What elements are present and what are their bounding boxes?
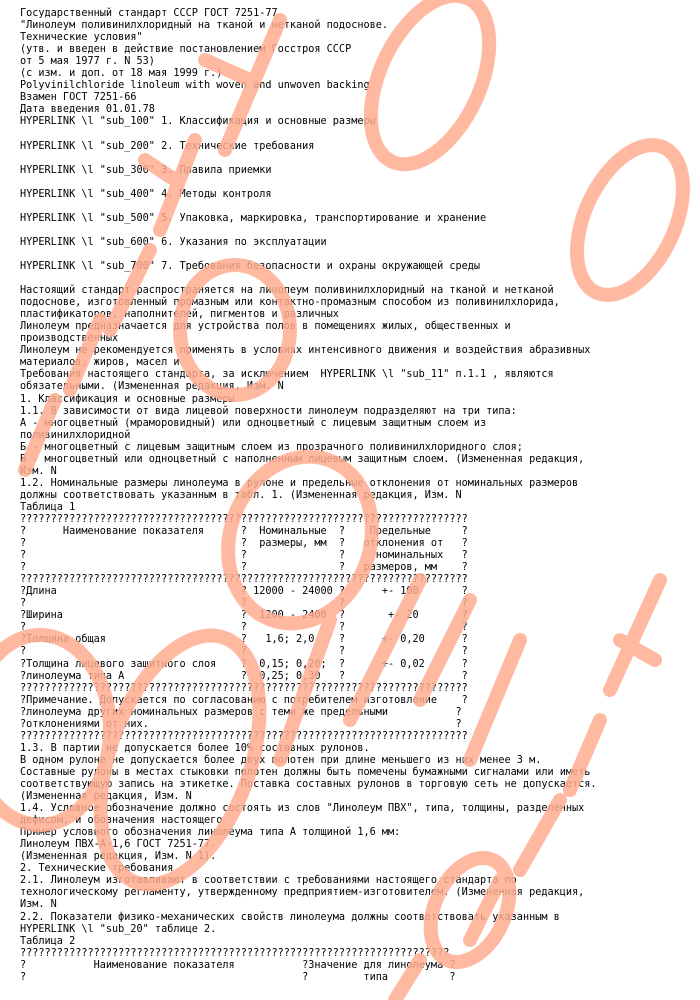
text-line: Дата введения 01.01.78	[20, 104, 700, 116]
text-line: Требования настоящего стандарта, за искл…	[20, 369, 700, 381]
text-line: материалов, жиров, масел и	[20, 357, 700, 369]
text-line	[20, 273, 700, 285]
table-row: ?Ширина ? 1200 - 2400 ? +- 20 ?	[20, 610, 700, 622]
table-row: ????????????????????????????????????????…	[20, 514, 700, 526]
table-row: ? ? типа ?	[20, 972, 700, 984]
text-line: Таблица 2	[20, 936, 700, 948]
text-line: технологическому регламенту, утвержденно…	[20, 887, 700, 899]
text-line: поливинилхлоридной	[20, 430, 700, 442]
text-line	[20, 177, 700, 189]
table-row: ? ? ? ?	[20, 598, 700, 610]
text-line	[20, 153, 700, 165]
text-line: 2.2. Показатели физико-механических свой…	[20, 912, 700, 924]
table-row: ? ? ? ?	[20, 646, 700, 658]
text-line: (с изм. и доп. от 18 мая 1999 г.)	[20, 68, 700, 80]
text-line: Таблица 1	[20, 502, 700, 514]
text-line: Настоящий стандарт распространяется на л…	[20, 285, 700, 297]
table-row: ?линолеума других номинальных размеров с…	[20, 707, 700, 719]
text-line: А - многоцветный (мраморовидный) или одн…	[20, 418, 700, 430]
text-line: 1.1. В зависимости от вида лицевой повер…	[20, 406, 700, 418]
text-line: 2. Технические требования	[20, 863, 700, 875]
toc-link-line[interactable]: HYPERLINK \l "sub_600" 6. Указания по эк…	[20, 237, 700, 249]
toc-link-line[interactable]: HYPERLINK \l "sub_700" 7. Требования без…	[20, 261, 700, 273]
table-row: ????????????????????????????????????????…	[20, 731, 700, 743]
text-line: (Измененная редакция, Изм. N	[20, 791, 700, 803]
text-line: Polyvinilchloride linoleum with woven an…	[20, 80, 700, 92]
table-row: ?отклонениями от них. ?	[20, 719, 700, 731]
text-line: Пример условного обозначения линолеума т…	[20, 827, 700, 839]
toc-link-line[interactable]: HYPERLINK \l "sub_100" 1. Классификация …	[20, 116, 700, 128]
text-line: 1.3. В партии не допускается более 10% с…	[20, 743, 700, 755]
text-line: 1. Классификация и основные размеры	[20, 394, 700, 406]
text-line: В - многоцветный или одноцветный с напол…	[20, 454, 700, 466]
text-line: Составные рулоны в местах стыковки полот…	[20, 767, 700, 779]
text-line: В одном рулоне не допускается более двух…	[20, 755, 700, 767]
table-row: ? ? ? ?	[20, 622, 700, 634]
text-line: обязательными. (Измененная редакция, Изм…	[20, 381, 700, 393]
text-line: Технические условия"	[20, 32, 700, 44]
text-line: Линолеум ПВХ-А-1,6 ГОСТ 7251-77.	[20, 839, 700, 851]
text-line	[20, 249, 700, 261]
table-row: ????????????????????????????????????????…	[20, 574, 700, 586]
text-line: от 5 мая 1977 г. N 53)	[20, 56, 700, 68]
text-line: Линолеум предназначается для устройства …	[20, 321, 700, 333]
toc-link-line[interactable]: HYPERLINK \l "sub_500" 5. Упаковка, марк…	[20, 213, 700, 225]
table-row: ?Примечание. Допускается по согласованию…	[20, 695, 700, 707]
text-line: Линолеум не рекомендуется применять в ус…	[20, 345, 700, 357]
text-line: Б - многоцветный с лицевым защитным слое…	[20, 442, 700, 454]
text-line	[20, 201, 700, 213]
document-body: Государственный стандарт СССР ГОСТ 7251-…	[20, 8, 700, 984]
table-row: ? ? размеры, мм ? отклонения от ?	[20, 538, 700, 550]
table-row: ? Наименование показателя ? Номинальные …	[20, 526, 700, 538]
toc-link-line[interactable]: HYPERLINK \l "sub_200" 2. Технические тр…	[20, 141, 700, 153]
table-row: ????????????????????????????????????????…	[20, 683, 700, 695]
text-line: "Линолеум поливинилхлоридный на тканой и…	[20, 20, 700, 32]
table-row: ? ? ? размеров, мм ?	[20, 562, 700, 574]
text-line	[20, 225, 700, 237]
table-row: ? Наименование показателя ?Значение для …	[20, 960, 700, 972]
text-line: 1.2. Номинальные размеры линолеума в рул…	[20, 478, 700, 490]
toc-link-line[interactable]: HYPERLINK \l "sub_300" 3. Правила приемк…	[20, 165, 700, 177]
table-row: ????????????????????????????????????????…	[20, 948, 700, 960]
text-line	[20, 128, 700, 140]
table-row: ?Длина ? 12000 - 24000 ? +- 100 ?	[20, 586, 700, 598]
text-line: (утв. и введен в действие постановлением…	[20, 44, 700, 56]
table-row: ?Толщина лицевого защитного слоя ? 0,15;…	[20, 659, 700, 671]
text-line: 1.4. Условное обозначение должно состоят…	[20, 803, 700, 815]
text-line: Изм. N	[20, 466, 700, 478]
table-row: ?линолеума типа А ? 0,25; 0,30 ? ?	[20, 671, 700, 683]
text-line: 2.1. Линолеум изготавливают в соответств…	[20, 875, 700, 887]
text-line: производственных	[20, 333, 700, 345]
text-line: (Измененная редакция, Изм. N 1).	[20, 851, 700, 863]
text-line: соответствующую запись на этикетке. Пост…	[20, 779, 700, 791]
text-line: подоснове, изготовленный промазным или к…	[20, 297, 700, 309]
text-line: должны соответствовать указанным в табл.…	[20, 490, 700, 502]
toc-link-line[interactable]: HYPERLINK \l "sub_400" 4. Методы контрол…	[20, 189, 700, 201]
table-row: ?Толщина общая ? 1,6; 2,0 ? +- 0,20 ?	[20, 634, 700, 646]
text-line: Взамен ГОСТ 7251-66	[20, 92, 700, 104]
text-line: Государственный стандарт СССР ГОСТ 7251-…	[20, 8, 700, 20]
text-line: дефисом, и обозначения настоящего	[20, 815, 700, 827]
table-row: ? ? ? номинальных ?	[20, 550, 700, 562]
text-line: пластификаторов, наполнителей, пигментов…	[20, 309, 700, 321]
text-line: Изм. N	[20, 899, 700, 911]
toc-link-line[interactable]: HYPERLINK \l "sub_20" таблице 2.	[20, 924, 700, 936]
